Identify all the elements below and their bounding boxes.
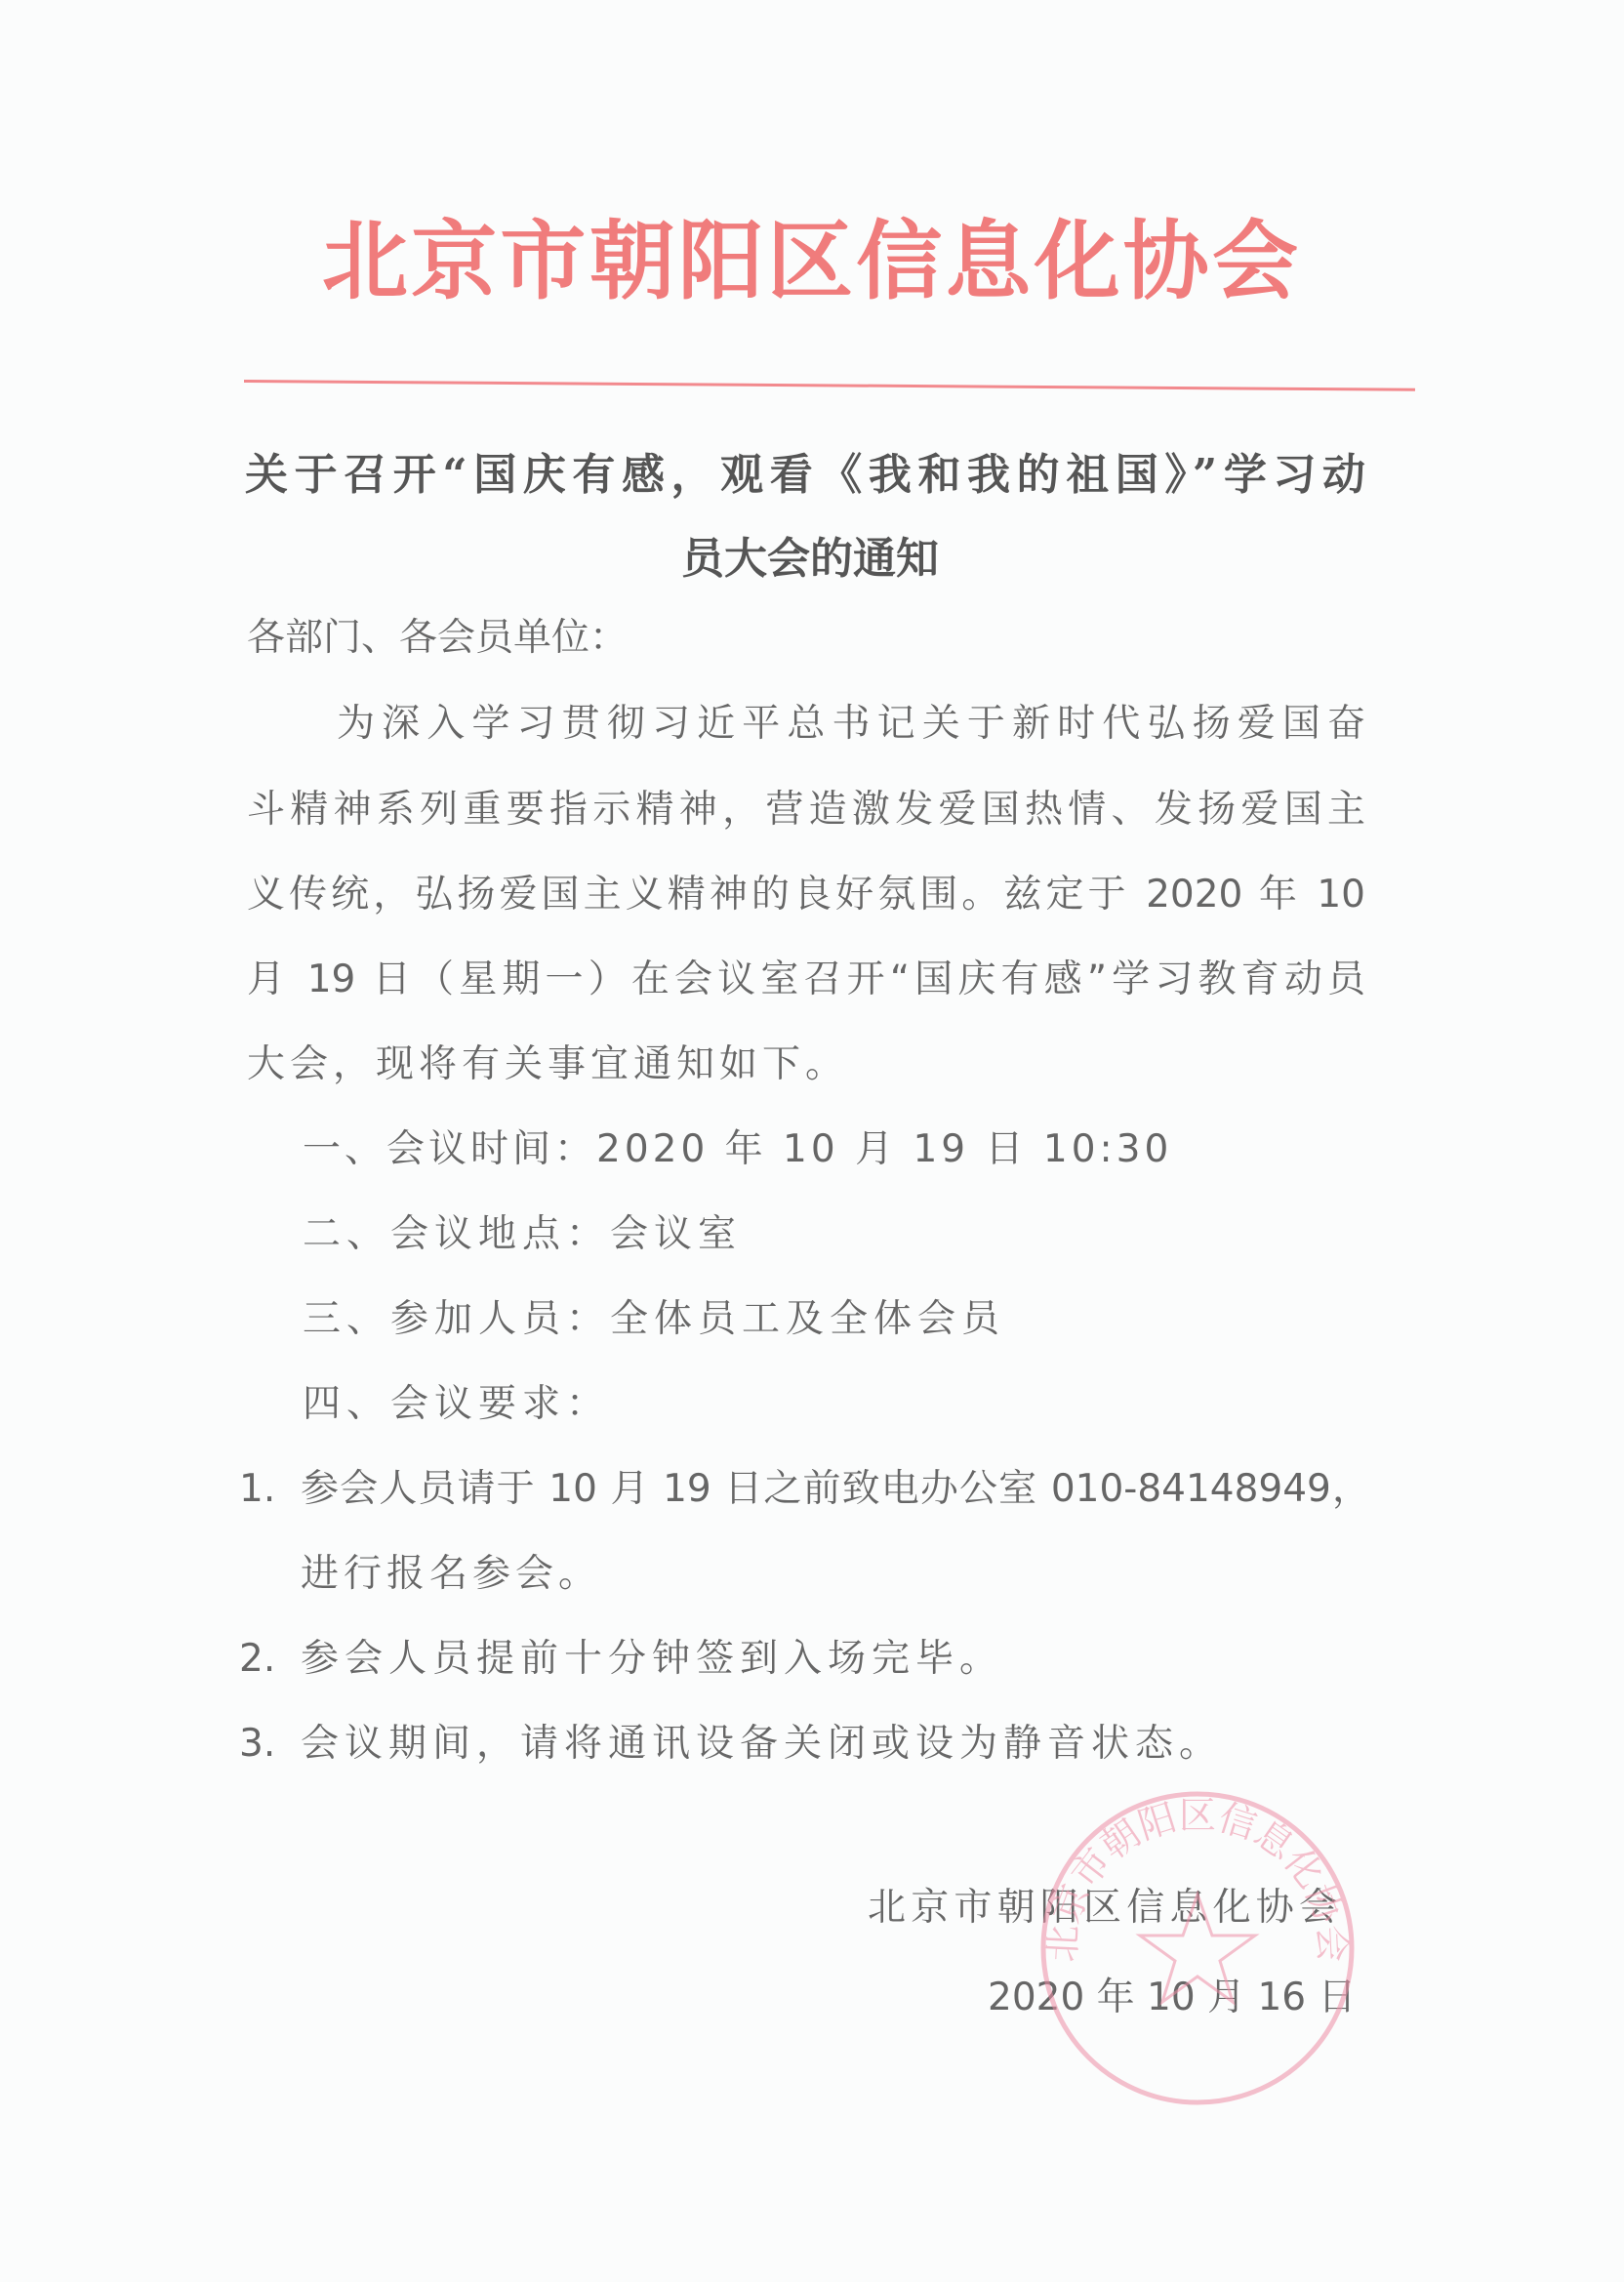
requirement-number: 1. (239, 1465, 275, 1514)
seal-text: 北京市朝阳区信息化协会 (1040, 1794, 1354, 1963)
requirement-text-continued: 进行报名参会。 (301, 1550, 601, 1599)
section-value: 全体员工及全体会员 (610, 1297, 1005, 1341)
section-location: 二、会议地点：会议室 (303, 1210, 742, 1259)
section-attendees: 三、参加人员：全体员工及全体会员 (303, 1295, 1005, 1344)
requirement-text: 参会人员请于 10 月 19 日之前致电办公室 010-84148949， (301, 1465, 1370, 1514)
signature-organization: 北京市朝阳区信息化协会 (868, 1884, 1337, 1933)
section-value: 会议室 (610, 1212, 742, 1256)
section-label: 二、会议地点： (303, 1212, 610, 1256)
signature-date: 2020 年 10 月 16 日 (988, 1974, 1331, 2022)
intro-line: 斗精神系列重要指示精神，营造激发爱国热情、发扬爱国主 (247, 786, 1365, 835)
intro-line: 大会，现将有关事宜通知如下。 (247, 1040, 848, 1089)
intro-line: 为深入学习贯彻习近平总书记关于新时代弘扬爱国奋 (337, 700, 1365, 749)
notice-title-line-1: 关于召开“国庆有感，观看《我和我的祖国》”学习动 (245, 448, 1365, 503)
intro-line: 义传统，弘扬爱国主义精神的良好氛围。兹定于 2020 年 10 (247, 871, 1365, 919)
section-label: 一、会议时间： (303, 1127, 596, 1171)
notice-title-line-2: 员大会的通知 (244, 532, 1376, 587)
requirement-text: 会议期间，请将通讯设备关闭或设为静音状态。 (301, 1720, 1223, 1769)
section-value: 2020 年 10 月 19 日 10:30 (596, 1127, 1172, 1171)
letterhead-title: 北京市朝阳区信息化协会 (322, 207, 1298, 314)
requirement-text: 参会人员提前十分钟签到入场完毕。 (301, 1635, 1003, 1684)
section-label: 三、参加人员： (303, 1297, 610, 1341)
letterhead-red-rule (244, 380, 1415, 391)
section-requirements: 四、会议要求： (303, 1380, 610, 1429)
requirement-number: 3. (239, 1720, 275, 1769)
intro-line: 月 19 日（星期一）在会议室召开“国庆有感”学习教育动员 (247, 956, 1365, 1004)
document-page: 北京市朝阳区信息化协会 关于召开“国庆有感，观看《我和我的祖国》”学习动 员大会… (0, 0, 1624, 2282)
requirement-number: 2. (239, 1635, 275, 1684)
official-seal: 北京市朝阳区信息化协会 (1038, 1789, 1357, 2107)
salutation: 各部门、各会员单位： (247, 614, 628, 663)
section-label: 四、会议要求： (303, 1382, 610, 1426)
section-time: 一、会议时间：2020 年 10 月 19 日 10:30 (303, 1125, 1172, 1174)
